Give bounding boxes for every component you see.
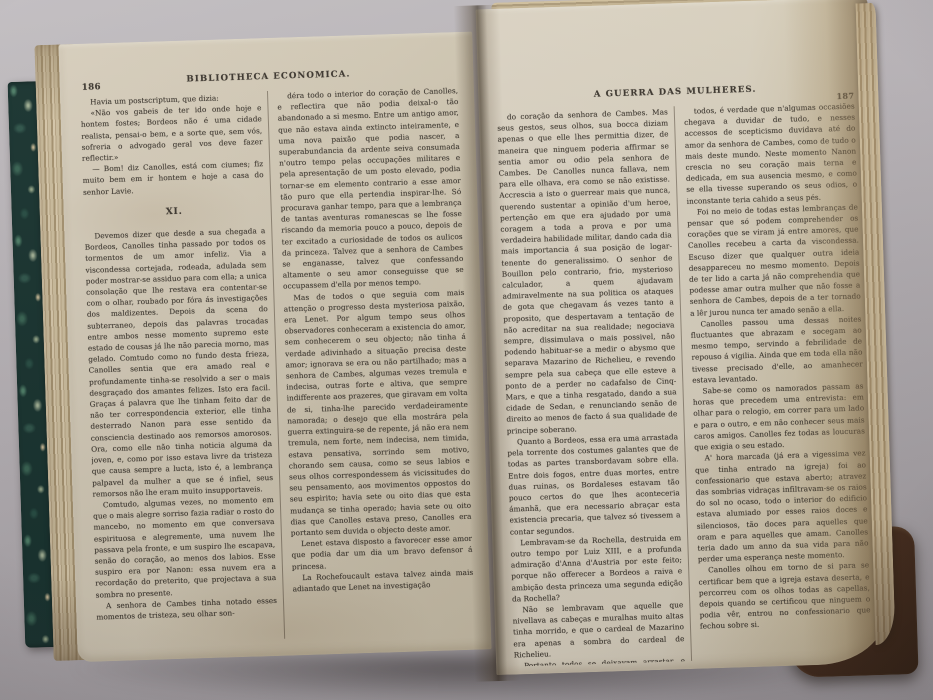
- left-page: 186 BIBLIOTHECA ECONOMICA. Havia um post…: [58, 32, 491, 663]
- left-page-column-1: Havia um postscriptum, que dizia: «Não v…: [80, 91, 278, 644]
- running-title-left: BIBLIOTHECA ECONOMICA.: [186, 69, 350, 84]
- page-number-right: 187: [836, 91, 854, 102]
- left-page-column-2: déra todo o interior do coração de Canol…: [267, 85, 475, 639]
- paragraph: A' hora marcada (já era a vigessima vez …: [695, 448, 869, 565]
- paragraph: Quanto a Bordeos, essa era uma arrastada…: [507, 431, 681, 537]
- paragraph: Lenet estava disposto a favorecer esse a…: [291, 533, 473, 572]
- paragraph: Devemos dizer que desde a sua chegada a …: [84, 225, 273, 499]
- running-header-right: A GUERRA DAS MULHERES. 187: [496, 82, 854, 103]
- page-number-left: 186: [82, 82, 101, 93]
- chapter-heading: XI.: [84, 204, 265, 221]
- paragraph: Canolles passou uma dessas noites fluctu…: [690, 313, 863, 386]
- paragraph: «Não vos gabeis de ter ido onde hoje e h…: [80, 102, 263, 164]
- paragraph: Mas de todos o que seguia com mais atten…: [283, 287, 472, 539]
- paragraph: Canolles olhou em torno de si para se ce…: [698, 560, 871, 633]
- paragraph: Sabe-se como os namorados passam as hora…: [692, 380, 865, 453]
- paragraph: — Bom! diz Canolles, está com ciumes; fi…: [82, 158, 264, 197]
- paragraph: do coração da senhora de Cambes. Mas seu…: [497, 106, 678, 436]
- paragraph: Lembravam-se da Rochella, destruida em o…: [510, 532, 683, 605]
- photo-background: 186 BIBLIOTHECA ECONOMICA. Havia um post…: [0, 0, 933, 700]
- open-book: 186 BIBLIOTHECA ECONOMICA. Havia um post…: [6, 0, 919, 696]
- right-page-column-1: do coração da senhora de Cambes. Mas seu…: [497, 106, 685, 666]
- paragraph: Comtudo, algumas vezes, no momento em qu…: [93, 494, 277, 600]
- paragraph: Não se lembravam que aquelle que nivella…: [512, 599, 685, 660]
- right-page-column-2: todos, é verdade que n'algumas occasiões…: [674, 101, 872, 661]
- paragraph: La Rochefoucault estava talvez ainda mai…: [292, 566, 474, 594]
- paragraph: A senhora de Cambes tinha notado esses m…: [96, 595, 278, 623]
- right-page: A GUERRA DAS MULHERES. 187 do coração da…: [475, 0, 888, 675]
- paragraph: Foi no meio de todas estas lembranças de…: [687, 201, 861, 318]
- paragraph: déra todo o interior do coração de Canol…: [277, 85, 464, 292]
- running-header-left: 186 BIBLIOTHECA ECONOMICA.: [79, 66, 457, 88]
- running-title-right: A GUERRA DAS MULHERES.: [594, 85, 757, 100]
- paragraph: todos, é verdade que n'algumas occasiões…: [684, 101, 858, 207]
